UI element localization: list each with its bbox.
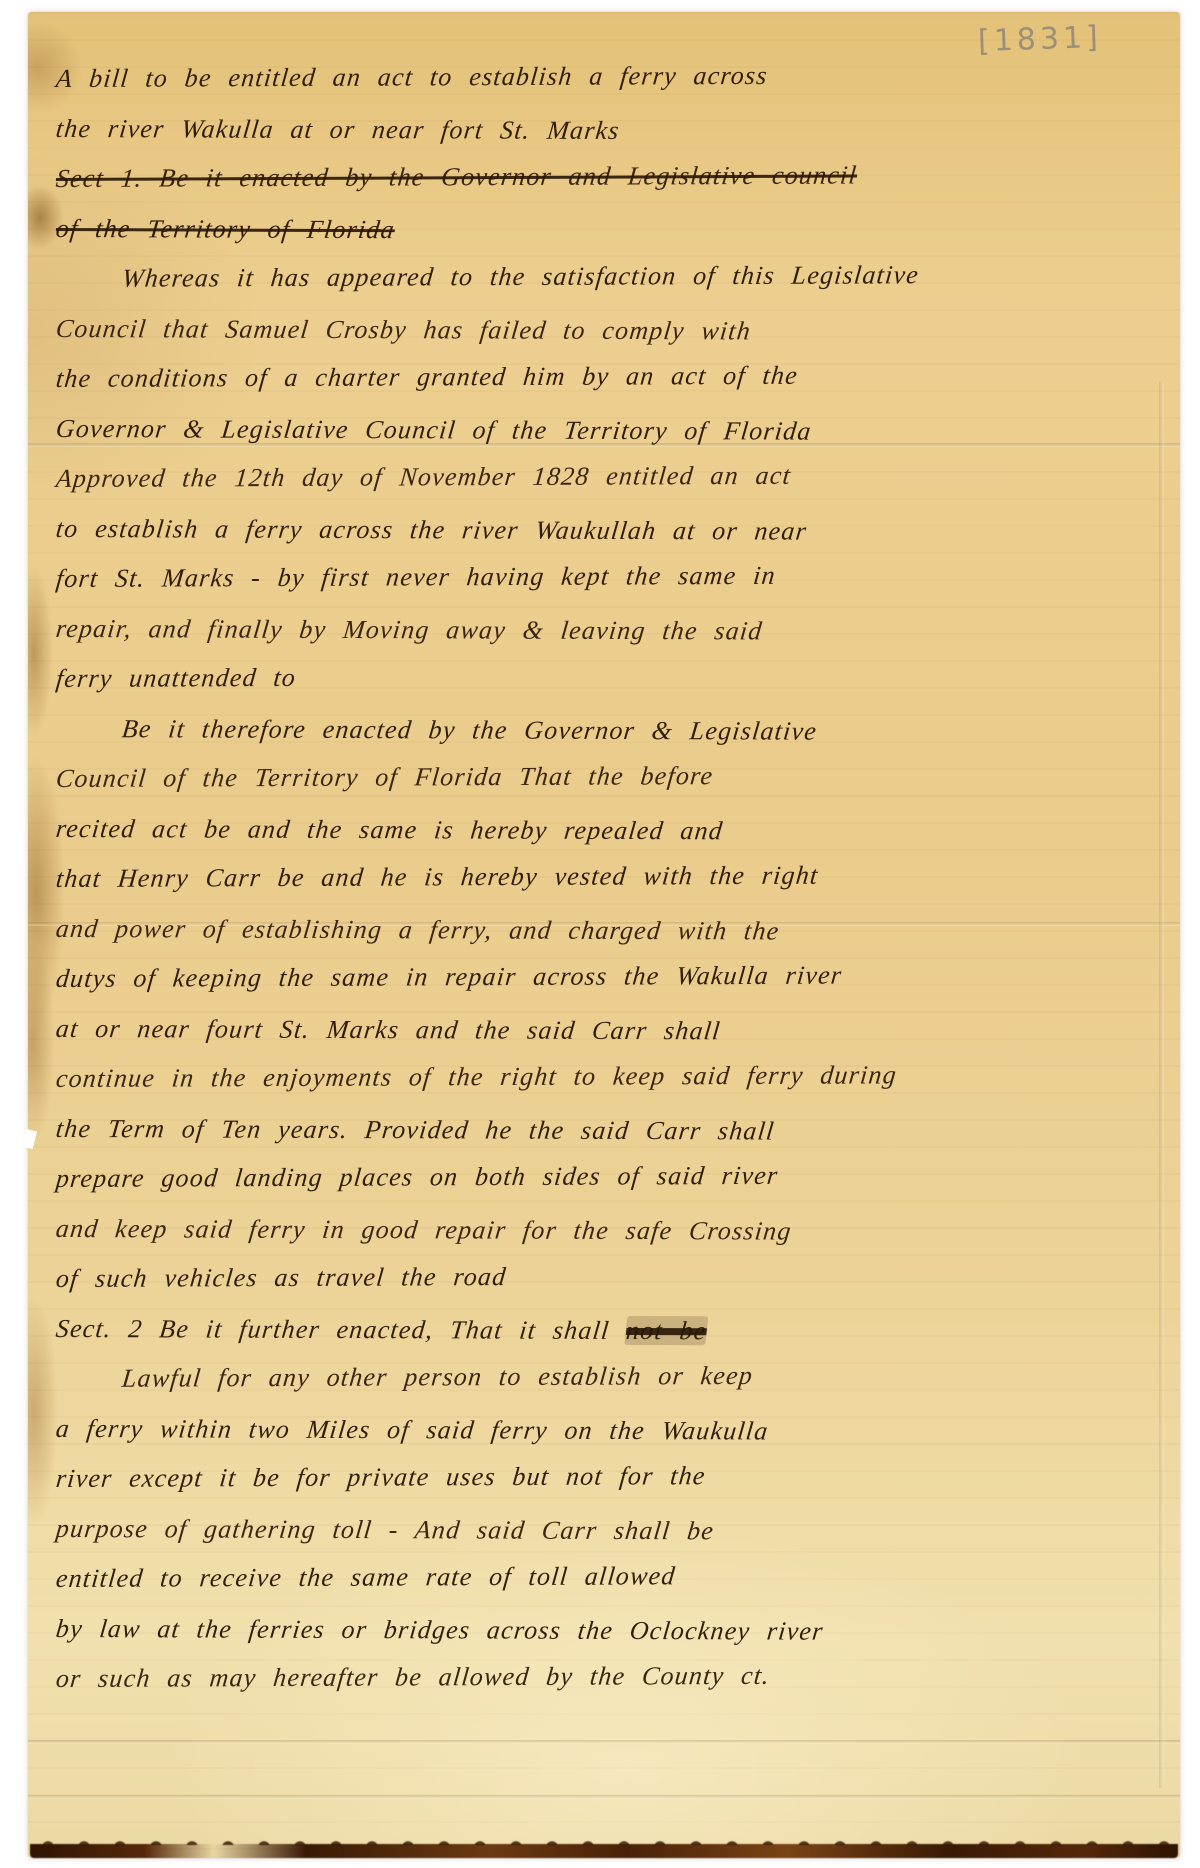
text-segment: Lawful for any other person to establish… xyxy=(121,1361,755,1393)
manuscript-line: Council of the Territory of Florida That… xyxy=(53,749,1169,804)
text-segment: Sect. 2 Be it further enacted, That it s… xyxy=(54,1314,627,1345)
fold-crease-horizontal xyxy=(28,1795,1180,1799)
text-segment: Council of the Territory of Florida That… xyxy=(55,761,715,793)
manuscript-line: A bill to be entitled an act to establis… xyxy=(53,49,1169,104)
struck-text-segment: of the Territory of Florida xyxy=(54,214,396,244)
manuscript-line: fort St. Marks - by first never having k… xyxy=(53,549,1169,604)
manuscript-line: ferry unattended to xyxy=(53,649,1169,704)
manuscript-line: Whereas it has appeared to the satisfact… xyxy=(53,249,1169,304)
text-segment: or such as may hereafter be allowed by t… xyxy=(55,1661,772,1693)
text-segment: the Term of Ten years. Provided he the s… xyxy=(54,1114,776,1146)
text-segment: ferry unattended to xyxy=(55,663,298,693)
manuscript-line: the conditions of a charter granted him … xyxy=(53,349,1169,404)
burnt-bottom-edge xyxy=(30,1844,1178,1858)
text-segment: Whereas it has appeared to the satisfact… xyxy=(121,260,921,292)
text-segment: continue in the enjoyments of the right … xyxy=(55,1060,899,1093)
text-segment: the conditions of a charter granted him … xyxy=(55,361,800,393)
text-segment: Council that Samuel Crosby has failed to… xyxy=(54,314,752,345)
manuscript-line: river except it be for private uses but … xyxy=(53,1449,1169,1504)
edge-tear-notch xyxy=(22,1129,37,1149)
text-segment: of such vehicles as travel the road xyxy=(55,1262,508,1293)
text-segment: and keep said ferry in good repair for t… xyxy=(54,1214,793,1246)
text-segment: by law at the ferries or bridges across … xyxy=(54,1614,825,1646)
manuscript-line: of such vehicles as travel the road xyxy=(53,1249,1169,1304)
text-segment: prepare good landing places on both side… xyxy=(55,1161,780,1193)
text-segment: river except it be for private uses but … xyxy=(55,1461,708,1493)
text-segment: entitled to receive the same rate of tol… xyxy=(55,1561,678,1593)
manuscript-line: Sect 1. Be it enacted by the Governor an… xyxy=(53,149,1169,204)
manuscript-page: [1831] A bill to be entitled an act to e… xyxy=(28,12,1180,1858)
text-segment: repair, and finally by Moving away & lea… xyxy=(54,614,764,645)
text-segment: Governor & Legislative Council of the Te… xyxy=(54,414,813,446)
manuscript-line: that Henry Carr be and he is hereby vest… xyxy=(53,849,1169,904)
text-segment: and power of establishing a ferry, and c… xyxy=(54,914,781,946)
manuscript-line: prepare good landing places on both side… xyxy=(53,1149,1169,1204)
manuscript-line: or such as may hereafter be allowed by t… xyxy=(53,1649,1169,1704)
text-segment: Be it therefore enacted by the Governor … xyxy=(120,714,818,745)
text-segment: Approved the 12th day of November 1828 e… xyxy=(55,461,793,493)
manuscript-line: Approved the 12th day of November 1828 e… xyxy=(53,449,1169,504)
struck-text-segment: Sect 1. Be it enacted by the Governor an… xyxy=(55,161,859,193)
text-segment: a ferry within two Miles of said ferry o… xyxy=(54,1414,770,1445)
text-segment: recited act be and the same is hereby re… xyxy=(54,814,724,845)
text-segment: A bill to be entitled an act to establis… xyxy=(55,61,770,93)
text-segment: at or near fourt St. Marks and the said … xyxy=(54,1014,722,1045)
text-segment: dutys of keeping the same in repair acro… xyxy=(55,961,844,993)
text-segment: the river Wakulla at or near fort St. Ma… xyxy=(54,114,621,145)
manuscript-text-block: A bill to be entitled an act to establis… xyxy=(56,54,1166,1704)
struck-text-segment: not be xyxy=(625,1316,709,1345)
manuscript-line: dutys of keeping the same in repair acro… xyxy=(53,949,1169,1004)
manuscript-line: entitled to receive the same rate of tol… xyxy=(53,1549,1169,1604)
text-segment: to establish a ferry across the river Wa… xyxy=(54,514,808,546)
manuscript-line: Lawful for any other person to establish… xyxy=(53,1349,1169,1404)
fold-crease-horizontal xyxy=(28,1740,1180,1744)
text-segment: purpose of gathering toll - And said Car… xyxy=(54,1514,715,1545)
text-segment: that Henry Carr be and he is hereby vest… xyxy=(55,861,820,893)
text-segment: fort St. Marks - by first never having k… xyxy=(55,561,778,593)
manuscript-line: continue in the enjoyments of the right … xyxy=(53,1049,1169,1104)
